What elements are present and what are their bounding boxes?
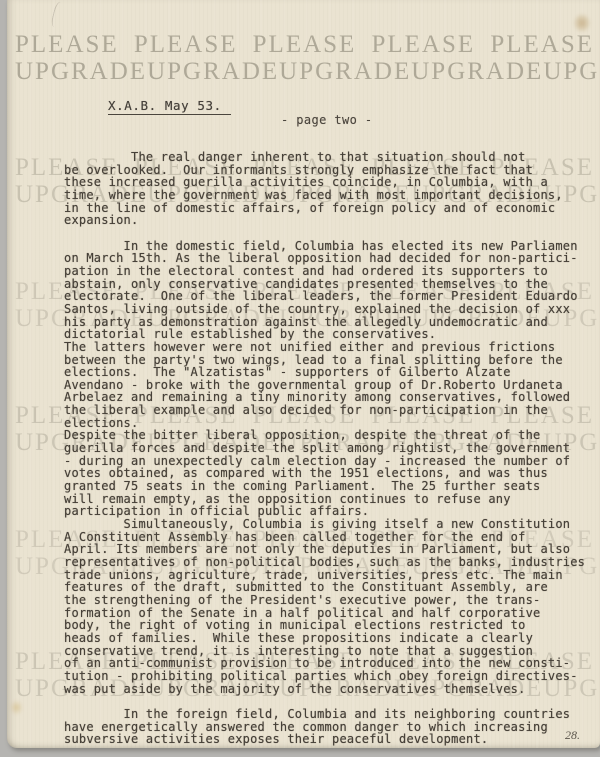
watermark-text: UPGRADE xyxy=(279,59,411,84)
pencil-mark xyxy=(50,1,67,29)
watermark-text: UPGRADE xyxy=(15,59,147,84)
document-body-text: The real danger inherent to that situati… xyxy=(64,151,585,746)
page-label: - page two - xyxy=(281,113,373,127)
stain-top-right xyxy=(574,14,590,32)
document-reference: X.A.B. May 53. xyxy=(108,98,231,115)
watermark-text: PLEASE xyxy=(134,32,238,57)
scan-background: PLEASEPLEASEPLEASEPLEASEPLEASEUPGRADEUPG… xyxy=(0,0,600,757)
watermark-row: UPGRADEUPGRADEUPGRADEUPGRADEUPGRADE xyxy=(7,59,600,84)
document-page: PLEASEPLEASEPLEASEPLEASEPLEASEUPGRADEUPG… xyxy=(7,0,600,748)
watermark-text: PLEASE xyxy=(490,32,594,57)
watermark-text: PLEASE xyxy=(15,32,119,57)
watermark-text: UPGRADE xyxy=(147,59,279,84)
watermark-text: UPGRADE xyxy=(543,59,600,84)
page-number: 28. xyxy=(565,728,580,743)
stain-bottom-left xyxy=(10,700,23,715)
watermark-text: UPGRADE xyxy=(411,59,543,84)
watermark-text: PLEASE xyxy=(253,32,357,57)
watermark-row: PLEASEPLEASEPLEASEPLEASEPLEASE xyxy=(7,32,600,57)
watermark-text: PLEASE xyxy=(371,32,475,57)
